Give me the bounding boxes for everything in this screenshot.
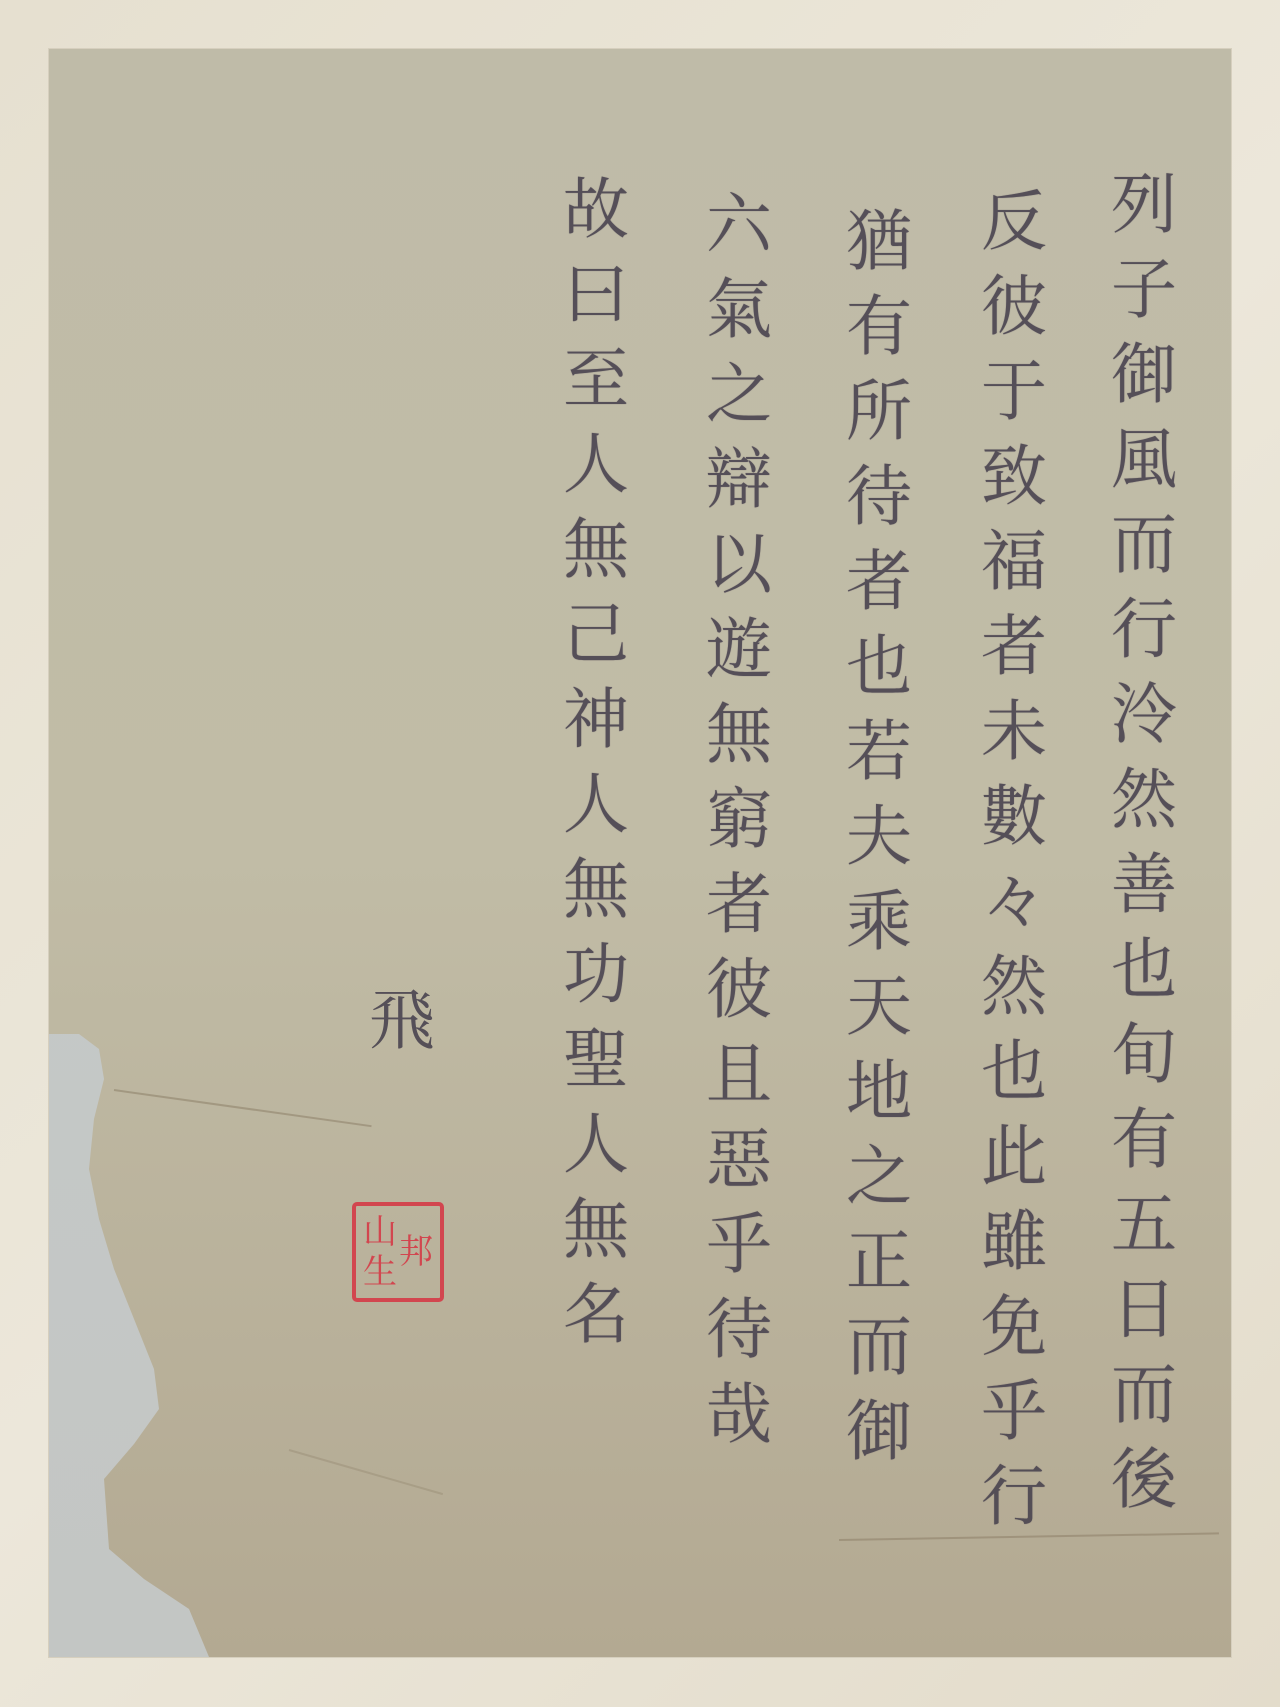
glyph: 者 <box>706 862 772 947</box>
glyph: 御 <box>846 1389 912 1474</box>
glyph: 也 <box>1111 927 1177 1012</box>
glyph: 風 <box>1111 417 1177 502</box>
glyph: 列 <box>1111 162 1177 247</box>
glyph: 六 <box>706 182 772 267</box>
glyph: 神 <box>563 677 629 762</box>
glyph: 無 <box>563 1187 629 1272</box>
glyph: 無 <box>563 847 629 932</box>
glyph: 曰 <box>563 252 629 337</box>
glyph: 反 <box>981 179 1047 264</box>
glyph: 々 <box>981 859 1047 944</box>
glyph: 乘 <box>846 879 912 964</box>
glyph: 無 <box>706 692 772 777</box>
glyph: 遊 <box>706 607 772 692</box>
glyph: 功 <box>563 932 629 1017</box>
glyph: 所 <box>846 369 912 454</box>
glyph: 以 <box>706 522 772 607</box>
glyph: 之 <box>846 1134 912 1219</box>
glyph: 彼 <box>981 264 1047 349</box>
calligraphy-photo: 列 子 御 風 而 行 泠 然 善 也 旬 有 五 日 而 後 反 彼 于 致 … <box>49 49 1231 1657</box>
glyph: 御 <box>1111 332 1177 417</box>
seal-column-right: 邦 <box>399 1232 433 1272</box>
glyph: 哉 <box>706 1372 772 1457</box>
glyph: 夫 <box>846 794 912 879</box>
text-column-5: 故 曰 至 人 無 己 神 人 無 功 聖 人 無 名 <box>546 167 646 1357</box>
glyph: 聖 <box>563 1017 629 1102</box>
glyph: 而 <box>1111 502 1177 587</box>
red-seal-stamp: 山 生 邦 <box>352 1202 444 1302</box>
glyph: 旬 <box>1111 1012 1177 1097</box>
glyph: 惡 <box>706 1117 772 1202</box>
glyph: 且 <box>706 1032 772 1117</box>
glyph: 猶 <box>846 199 912 284</box>
glyph: 日 <box>1111 1267 1177 1352</box>
glyph: 雖 <box>981 1199 1047 1284</box>
glyph: 也 <box>981 1029 1047 1114</box>
glyph: 待 <box>706 1287 772 1372</box>
glyph: 五 <box>1111 1182 1177 1267</box>
text-column-4: 六 氣 之 辯 以 遊 無 窮 者 彼 且 惡 乎 待 哉 <box>689 182 789 1457</box>
glyph: 之 <box>706 352 772 437</box>
glyph: 然 <box>1111 757 1177 842</box>
glyph: 者 <box>981 604 1047 689</box>
glyph: 行 <box>981 1454 1047 1539</box>
glyph: 乎 <box>706 1202 772 1287</box>
text-column-1: 列 子 御 風 而 行 泠 然 善 也 旬 有 五 日 而 後 <box>1094 162 1194 1522</box>
glyph: 氣 <box>706 267 772 352</box>
glyph: 者 <box>846 539 912 624</box>
glyph: 數 <box>981 774 1047 859</box>
glyph: 善 <box>1111 842 1177 927</box>
glyph: 後 <box>1111 1437 1177 1522</box>
glyph: 彼 <box>706 947 772 1032</box>
glyph: 福 <box>981 519 1047 604</box>
glyph: 也 <box>846 624 912 709</box>
glyph: 乎 <box>981 1369 1047 1454</box>
glyph: 有 <box>846 284 912 369</box>
glyph: 而 <box>1111 1352 1177 1437</box>
glyph: 至 <box>563 337 629 422</box>
glyph: 地 <box>846 1049 912 1134</box>
glyph: 此 <box>981 1114 1047 1199</box>
glyph: 致 <box>981 434 1047 519</box>
glyph: 行 <box>1111 587 1177 672</box>
glyph: 然 <box>981 944 1047 1029</box>
glyph: 名 <box>563 1272 629 1357</box>
artist-signature: 飛 <box>369 967 435 1062</box>
glyph: 而 <box>846 1304 912 1389</box>
text-column-2: 反 彼 于 致 福 者 未 數 々 然 也 此 雖 免 乎 行 <box>964 179 1064 1539</box>
glyph: 未 <box>981 689 1047 774</box>
glyph: 己 <box>563 592 629 677</box>
glyph: 子 <box>1111 247 1177 332</box>
glyph: 故 <box>563 167 629 252</box>
glyph: 正 <box>846 1219 912 1304</box>
glyph: 若 <box>846 709 912 794</box>
glyph: 人 <box>563 762 629 847</box>
glyph: 天 <box>846 964 912 1049</box>
glyph: 人 <box>563 422 629 507</box>
seal-glyph: 山 <box>363 1212 397 1252</box>
glyph: 免 <box>981 1284 1047 1369</box>
glyph: 待 <box>846 454 912 539</box>
glyph: 泠 <box>1111 672 1177 757</box>
glyph: 于 <box>981 349 1047 434</box>
seal-column-left: 山 生 <box>363 1212 397 1292</box>
seal-glyph: 生 <box>363 1252 397 1292</box>
glyph: 窮 <box>706 777 772 862</box>
glyph: 無 <box>563 507 629 592</box>
text-column-3: 猶 有 所 待 者 也 若 夫 乘 天 地 之 正 而 御 <box>829 199 929 1474</box>
glyph: 有 <box>1111 1097 1177 1182</box>
glyph: 人 <box>563 1102 629 1187</box>
glyph: 辯 <box>706 437 772 522</box>
seal-glyph: 邦 <box>399 1232 433 1272</box>
